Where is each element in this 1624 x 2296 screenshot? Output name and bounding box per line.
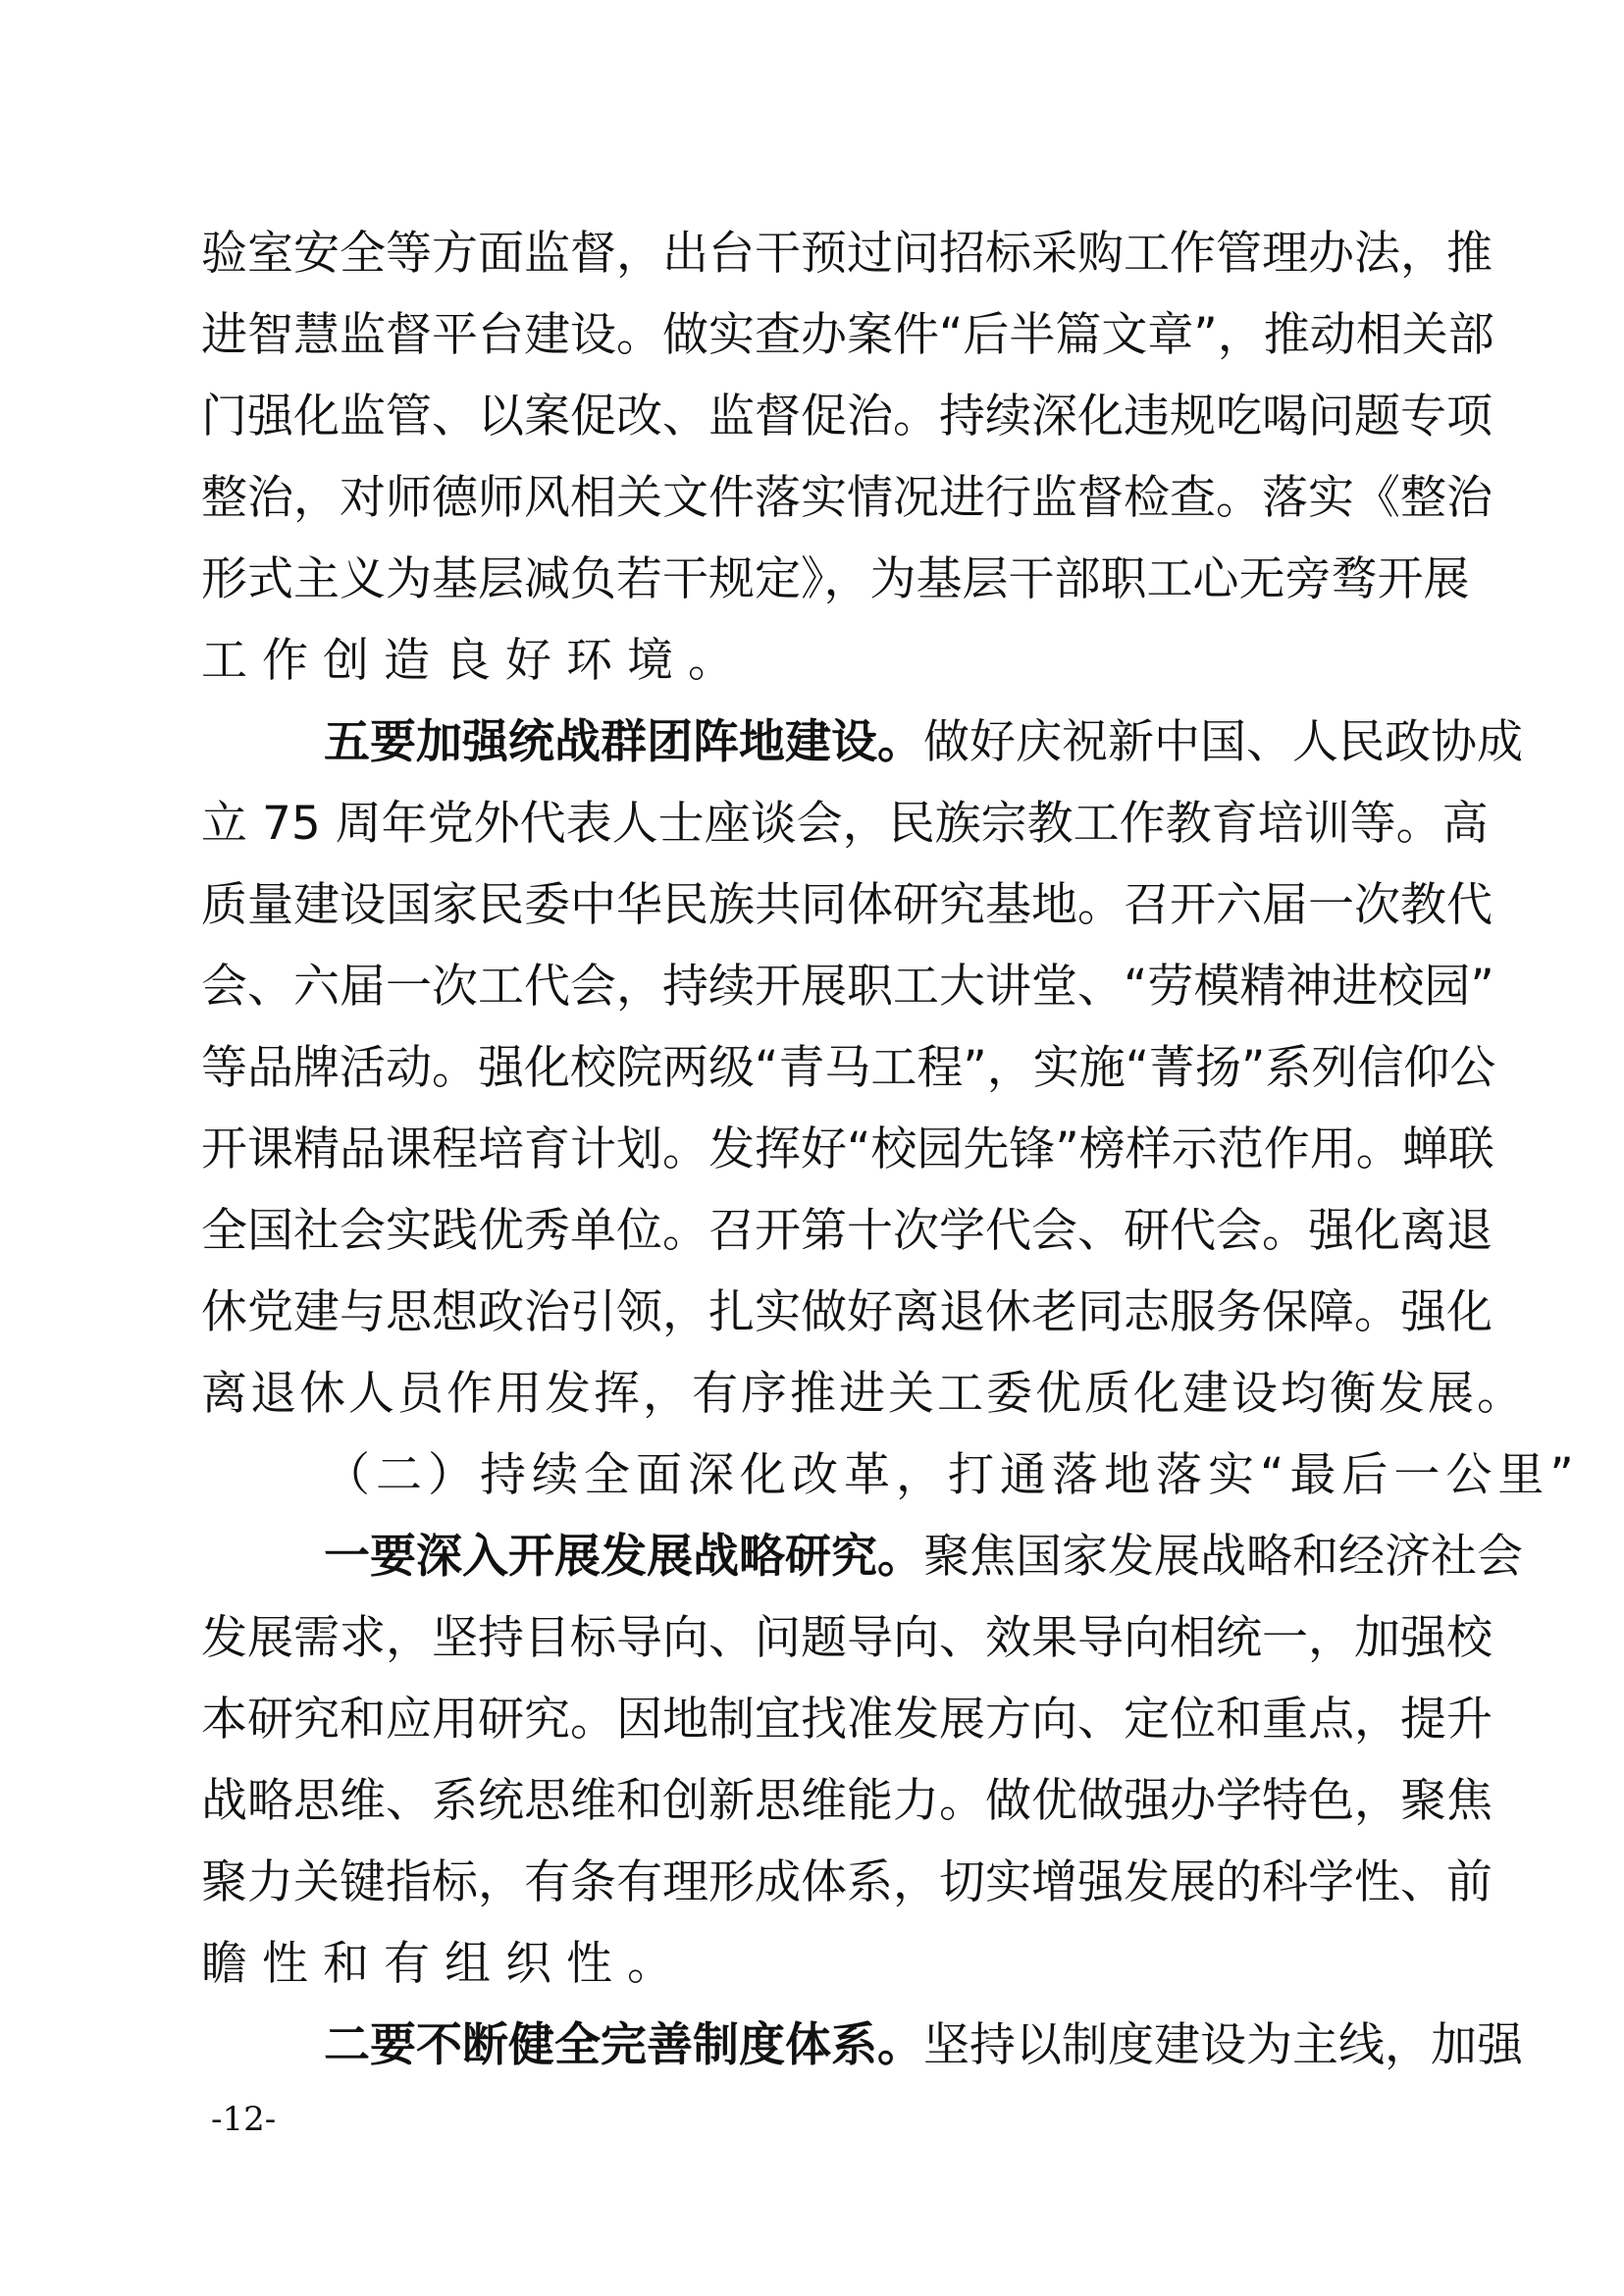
text-segment: 坚持以制度建设为主线，加强	[923, 2018, 1523, 2072]
page-number: -12-	[211, 2100, 276, 2139]
text-line: 质量建设国家民委中华民族共同体研究基地。召开六届一次教代	[201, 864, 1430, 946]
paragraph-lead-heading: 五要加强统战群团阵地建设。	[324, 715, 923, 769]
document-body: 验室安全等方面监督，出台干预过问招标采购工作管理办法，推 进智慧监督平台建设。做…	[201, 213, 1430, 2086]
paragraph-strategy-research: 一要深入开展发展战略研究。聚焦国家发展战略和经济社会 发展需求，坚持目标导向、问…	[201, 1516, 1430, 2005]
document-page: 验室安全等方面监督，出台干预过问招标采购工作管理办法，推 进智慧监督平台建设。做…	[0, 0, 1624, 2296]
text-line-first: 二要不断健全完善制度体系。坚持以制度建设为主线，加强	[201, 2005, 1430, 2086]
text-line: 离退休人员作用发挥，有序推进关工委优质化建设均衡发展。	[201, 1353, 1430, 1435]
text-line: 发展需求，坚持目标导向、问题导向、效果导向相统一，加强校	[201, 1597, 1430, 1679]
text-line: 战略思维、系统思维和创新思维能力。做优做强办学特色，聚焦	[201, 1760, 1430, 1842]
text-segment: 聚焦国家发展战略和经济社会	[923, 1530, 1523, 1584]
text-line: 形式主义为基层减负若干规定》，为基层干部职工心无旁骛开展	[201, 539, 1430, 620]
section-heading: （二）持续全面深化改革，打通落地落实“最后一公里”	[201, 1435, 1430, 1516]
text-line: 聚力关键指标，有条有理形成体系，切实增强发展的科学性、前	[201, 1842, 1430, 1923]
text-line: 工作创造良好环境。	[201, 620, 1430, 702]
text-line: 立 75 周年党外代表人士座谈会，民族宗教工作教育培训等。高	[201, 783, 1430, 864]
text-line: 全国社会实践优秀单位。召开第十次学代会、研代会。强化离退	[201, 1190, 1430, 1272]
text-line: 瞻性和有组织性。	[201, 1923, 1430, 2005]
text-line: 会、六届一次工代会，持续开展职工大讲堂、“劳模精神进校园”	[201, 946, 1430, 1027]
text-line: 等品牌活动。强化校院两级“青马工程”，实施“菁扬”系列信仰公	[201, 1027, 1430, 1109]
text-line: 本研究和应用研究。因地制宜找准发展方向、定位和重点，提升	[201, 1679, 1430, 1760]
paragraph-supervision-continuation: 验室安全等方面监督，出台干预过问招标采购工作管理办法，推 进智慧监督平台建设。做…	[201, 213, 1430, 702]
paragraph-lead-heading: 二要不断健全完善制度体系。	[324, 2018, 923, 2072]
text-line-first: 一要深入开展发展战略研究。聚焦国家发展战略和经济社会	[201, 1516, 1430, 1597]
paragraph-institution-system: 二要不断健全完善制度体系。坚持以制度建设为主线，加强	[201, 2005, 1430, 2086]
text-line: 进智慧监督平台建设。做实查办案件“后半篇文章”，推动相关部	[201, 294, 1430, 376]
text-line: 验室安全等方面监督，出台干预过问招标采购工作管理办法，推	[201, 213, 1430, 294]
text-line: 休党建与思想政治引领，扎实做好离退休老同志服务保障。强化	[201, 1272, 1430, 1353]
paragraph-united-front: 五要加强统战群团阵地建设。做好庆祝新中国、人民政协成 立 75 周年党外代表人士…	[201, 702, 1430, 1435]
text-line: 门强化监管、以案促改、监督促治。持续深化违规吃喝问题专项	[201, 376, 1430, 457]
text-segment: 做好庆祝新中国、人民政协成	[923, 715, 1523, 769]
text-line-first: 五要加强统战群团阵地建设。做好庆祝新中国、人民政协成	[201, 702, 1430, 783]
paragraph-lead-heading: 一要深入开展发展战略研究。	[324, 1530, 923, 1584]
text-line: 整治，对师德师风相关文件落实情况进行监督检查。落实《整治	[201, 457, 1430, 539]
text-line: 开课精品课程培育计划。发挥好“校园先锋”榜样示范作用。蝉联	[201, 1109, 1430, 1190]
